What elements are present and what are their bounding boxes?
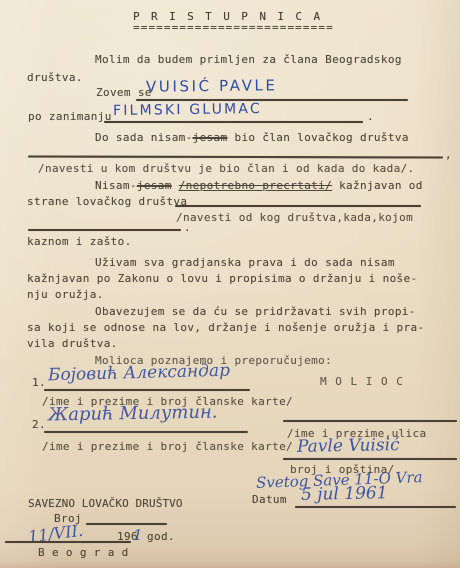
punishment-period: . <box>184 221 191 234</box>
year-digit-handwritten: 1 <box>133 526 143 544</box>
occupation-period: . <box>367 110 374 123</box>
obligation-line-1: Obavezujem se da ću se pridržavati svih … <box>95 305 416 318</box>
applicant-signature: Pavle Vuisić <box>297 435 400 457</box>
obligation-line-2: sa koji se odnose na lov, držanje i noše… <box>27 321 424 334</box>
recommender-1-signature: Бојовић Александар <box>48 361 230 386</box>
rights-line-2: kažnjavan po Zakonu o lovu i propisima o… <box>27 272 417 285</box>
recommender-2-line <box>44 431 248 433</box>
intro-line-2: društva. <box>27 71 83 84</box>
punishment-struck-note: /nepotrebno precrtati/ <box>179 179 332 192</box>
city-name: B e o g r a d <box>38 546 129 559</box>
recommender-1-line <box>44 389 250 391</box>
organization-name: SAVEZNO LOVAČKO DRUŠTVO <box>28 497 183 510</box>
punishment-line: Nisam-jesam /nepotrebno precrtati/ kažnj… <box>95 179 423 192</box>
received-date-line <box>5 541 131 543</box>
number-line <box>86 523 167 525</box>
punishment-post: kažnjavan od <box>332 179 423 192</box>
applicant-signature-line <box>283 420 457 422</box>
scanned-membership-form: P R I S T U P N I C A ==================… <box>0 0 460 568</box>
punishment-line-2: strane lovačkog društva <box>27 195 187 208</box>
punishment-pre: Nisam- <box>95 179 137 192</box>
membership-field-line <box>28 155 443 158</box>
occupation-value-handwritten: FILMSKI GLUMAC <box>113 101 262 119</box>
occupation-label: po zanimanju <box>28 110 112 123</box>
punishment-hint: /navesti od kog društva,kada,kojom <box>176 211 413 224</box>
recommender-2-number: 2. <box>32 418 46 431</box>
applicant-caption: M O L I O C <box>320 375 404 388</box>
membership-comma: , <box>445 148 452 161</box>
recommender-2-hint: /ime i prezime i broj članske karte/ <box>42 440 293 453</box>
year-suffix: god. <box>147 530 175 543</box>
membership-struck-word: jesam <box>193 131 228 144</box>
applicant-address-line <box>283 458 457 460</box>
date-label: Datum <box>252 493 287 506</box>
title-underline: ========================== <box>133 21 334 34</box>
membership-pre: Do sada nisam- <box>95 131 193 144</box>
punishment-field-line-2 <box>28 229 181 231</box>
occupation-field-line <box>104 121 363 123</box>
punishment-struck-word: jesam <box>137 179 172 192</box>
recommender-2-signature: Жарић Милутин. <box>48 402 218 426</box>
recommender-1-number: 1. <box>32 376 46 389</box>
membership-post: bio član lovačkog društva <box>228 131 409 144</box>
name-label: Zovem se <box>96 86 152 99</box>
date-value-handwritten: 5 jul 1961 <box>301 483 388 505</box>
punishment-line-3: kaznom i zašto. <box>27 235 132 248</box>
name-value-handwritten: VUISIĆ PAVLE <box>146 76 278 95</box>
membership-hint: /navesti u kom društvu je bio član i od … <box>38 162 415 175</box>
punishment-field-line <box>175 205 421 207</box>
name-field-line <box>136 99 408 101</box>
date-line <box>295 506 456 508</box>
intro-line-1: Molim da budem primljen za člana Beograd… <box>95 53 402 66</box>
rights-line-3: nju oružja. <box>27 288 104 301</box>
rights-line-1: Uživam sva gradjanska prava i do sada ni… <box>95 256 395 269</box>
membership-line: Do sada nisam-jesam bio član lovačkog dr… <box>95 131 409 144</box>
obligation-line-3: vila društva. <box>27 337 118 350</box>
